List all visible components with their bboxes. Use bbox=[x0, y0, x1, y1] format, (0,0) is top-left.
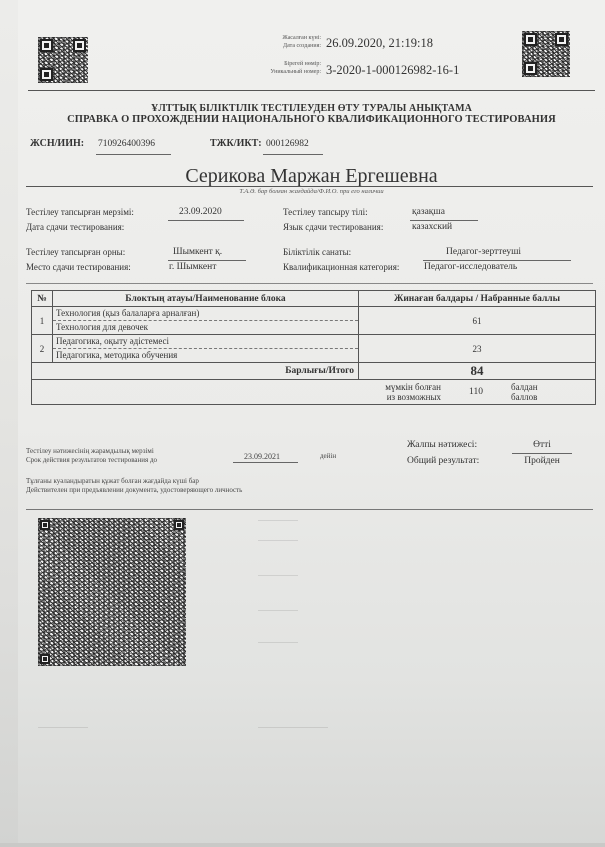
unique-number-value: 3-2020-1-000126982-16-1 bbox=[326, 63, 459, 78]
result-value-kz: Өтті bbox=[512, 440, 572, 450]
possible-label-ru: из возможных bbox=[356, 392, 441, 402]
test-language-value-kz: қазақша bbox=[412, 207, 445, 217]
possible-label: мүмкін болған из возможных bbox=[356, 382, 441, 402]
row-score: 61 bbox=[359, 307, 596, 335]
possible-label-kz: мүмкін болған bbox=[356, 382, 441, 392]
possible-unit-ru: баллов bbox=[511, 392, 591, 402]
row-score: 23 bbox=[359, 335, 596, 363]
total-label: Барлығы/Итого bbox=[32, 363, 359, 380]
full-name: Серикова Маржан Ергешевна bbox=[18, 165, 605, 188]
validity-label-ru: Срок действия результатов тестирования д… bbox=[26, 456, 157, 465]
created-label: Жасалған күні: Дата создания: bbox=[231, 34, 321, 50]
scores-table: № Блоктың атауы/Наименование блока Жинағ… bbox=[31, 290, 596, 405]
result-underline bbox=[512, 453, 572, 454]
test-date-value: 23.09.2020 bbox=[179, 207, 222, 217]
possible-cell: мүмкін болған из возможных 110 балдан ба… bbox=[32, 380, 596, 405]
validity-label-kz: Тестілеу нәтижесінің жарамдылық мерзімі bbox=[26, 447, 154, 456]
block-name-ru: Технология для девочек bbox=[53, 321, 358, 334]
possible-unit: балдан баллов bbox=[511, 382, 591, 402]
qr-finder-icon bbox=[555, 33, 568, 46]
validity-underline bbox=[233, 462, 298, 463]
category-label-ru: Квалификационная категория: bbox=[283, 262, 399, 272]
certificate-page: Жасалған күні: Дата создания: 26.09.2020… bbox=[18, 0, 605, 847]
row-block-name: Технология (қыз балаларға арналған) Техн… bbox=[53, 307, 359, 335]
created-label-ru: Дата создания: bbox=[231, 42, 321, 50]
test-language-value-ru: казахский bbox=[412, 222, 452, 232]
block-name-ru: Педагогика, методика обучения bbox=[53, 349, 358, 362]
unique-number-label: Бірегей нөмір: Уникальный номер: bbox=[231, 60, 321, 76]
bleed-through-mark bbox=[258, 727, 328, 728]
possible-value: 110 bbox=[441, 387, 511, 397]
result-label-ru: Общий результат: bbox=[407, 456, 479, 466]
test-place-label-kz: Тестілеу тапсырған орны: bbox=[26, 247, 125, 257]
test-place-label-ru: Место сдачи тестирования: bbox=[26, 262, 131, 272]
qr-finder-icon bbox=[40, 68, 53, 81]
title-ru: СПРАВКА О ПРОХОЖДЕНИИ НАЦИОНАЛЬНОГО КВАЛ… bbox=[18, 114, 605, 125]
test-date-underline bbox=[168, 220, 244, 221]
iin-underline bbox=[96, 154, 171, 155]
table-row: 2 Педагогика, оқыту әдістемесі Педагогик… bbox=[32, 335, 596, 363]
table-row: 1 Технология (қыз балаларға арналған) Те… bbox=[32, 307, 596, 335]
full-name-hint: Т.А.Ә. бар болған жағдайда/Ф.И.О. при ег… bbox=[18, 188, 605, 195]
qr-finder-icon bbox=[73, 39, 86, 52]
bleed-through-mark bbox=[258, 575, 298, 576]
qr-finder-icon bbox=[174, 520, 184, 530]
bleed-through-mark bbox=[38, 727, 88, 728]
details-divider bbox=[26, 283, 593, 284]
row-block-name: Педагогика, оқыту әдістемесі Педагогика,… bbox=[53, 335, 359, 363]
qr-code-large bbox=[38, 518, 186, 666]
validity-note-kz: Тұлғаны куәландыратын құжат болған жағда… bbox=[26, 477, 199, 486]
result-label-kz: Жалпы нәтижесі: bbox=[407, 440, 477, 450]
iin-value: 710926400396 bbox=[98, 139, 155, 149]
bleed-through-mark bbox=[258, 610, 298, 611]
ikt-label: ТЖК/ИКТ: bbox=[210, 138, 262, 149]
test-language-label-kz: Тестілеу тапсыру тілі: bbox=[283, 207, 368, 217]
header-score: Жинаған балдары / Набранные баллы bbox=[359, 291, 596, 307]
qr-finder-icon bbox=[524, 62, 537, 75]
qr-finder-icon bbox=[40, 654, 50, 664]
created-label-kz: Жасалған күні: bbox=[231, 34, 321, 42]
header-number: № bbox=[32, 291, 53, 307]
test-language-underline bbox=[410, 220, 478, 221]
title-kz: ҰЛТТЫҚ БІЛІКТІЛІК ТЕСТІЛЕУДЕН ӨТУ ТУРАЛЫ… bbox=[18, 103, 605, 114]
category-value-kz: Педагог-зерттеуші bbox=[446, 247, 521, 257]
header-divider bbox=[28, 90, 595, 91]
page-bottom-edge bbox=[0, 843, 605, 847]
total-row: Барлығы/Итого 84 bbox=[32, 363, 596, 380]
category-label-kz: Біліктілік санаты: bbox=[283, 247, 351, 257]
qr-finder-icon bbox=[524, 33, 537, 46]
qr-code-top-left bbox=[38, 37, 88, 83]
test-date-label-ru: Дата сдачи тестирования: bbox=[26, 222, 124, 232]
bleed-through-mark bbox=[258, 540, 298, 541]
header-block-name: Блоктың атауы/Наименование блока bbox=[53, 291, 359, 307]
category-underline bbox=[423, 260, 571, 261]
iin-label: ЖСН/ИИН: bbox=[30, 138, 84, 149]
ikt-underline bbox=[263, 154, 323, 155]
block-name-kz: Педагогика, оқыту әдістемесі bbox=[53, 335, 358, 349]
test-place-value-kz: Шымкент қ. bbox=[173, 247, 222, 257]
qr-finder-icon bbox=[40, 39, 53, 52]
validity-suffix: дейін bbox=[320, 452, 336, 461]
table-header-row: № Блоктың атауы/Наименование блока Жинағ… bbox=[32, 291, 596, 307]
total-value: 84 bbox=[359, 363, 596, 380]
row-number: 2 bbox=[32, 335, 53, 363]
validity-date: 23.09.2021 bbox=[244, 452, 280, 461]
block-name-kz: Технология (қыз балаларға арналған) bbox=[53, 307, 358, 321]
test-place-underline bbox=[168, 260, 246, 261]
name-underline bbox=[26, 186, 593, 187]
test-place-value-ru: г. Шымкент bbox=[169, 262, 216, 272]
result-value-ru: Пройден bbox=[512, 456, 572, 466]
test-date-label-kz: Тестілеу тапсырған мерзімі: bbox=[26, 207, 134, 217]
row-number: 1 bbox=[32, 307, 53, 335]
bleed-through-mark bbox=[258, 642, 298, 643]
created-value: 26.09.2020, 21:19:18 bbox=[326, 36, 433, 51]
test-language-label-ru: Язык сдачи тестирования: bbox=[283, 222, 383, 232]
qr-finder-icon bbox=[40, 520, 50, 530]
possible-unit-kz: балдан bbox=[511, 382, 591, 392]
validity-note-ru: Действителен при предъявлении документа,… bbox=[26, 486, 242, 495]
bleed-through-mark bbox=[258, 520, 298, 521]
unique-label-kz: Бірегей нөмір: bbox=[231, 60, 321, 68]
qr-code-top-right bbox=[522, 31, 570, 77]
footer-divider bbox=[26, 509, 593, 510]
ikt-value: 000126982 bbox=[266, 139, 309, 149]
unique-label-ru: Уникальный номер: bbox=[231, 68, 321, 76]
possible-row: мүмкін болған из возможных 110 балдан ба… bbox=[32, 380, 596, 405]
category-value-ru: Педагог-исследователь bbox=[424, 262, 517, 272]
